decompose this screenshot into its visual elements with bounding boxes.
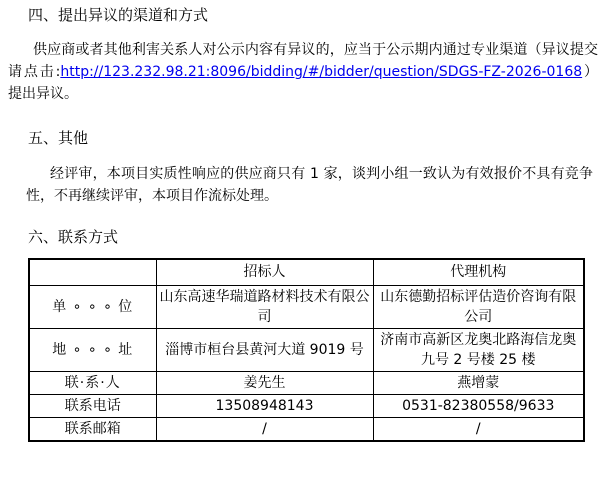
- contact-table: 招标人 代理机构 单 ∘ ∘ ∘ 位 山东高速华瑞道路材料技术有限公司 山东德勤…: [28, 258, 585, 442]
- table-row-contact-phone: 联系电话 13508948143 0531-82380558/9633: [29, 394, 584, 417]
- table-row-contact-person: 联·系·人 姜先生 燕增蒙: [29, 371, 584, 394]
- section6-heading: 六、联系方式: [28, 228, 607, 246]
- header-empty-cell: [29, 259, 156, 285]
- table-header-row: 招标人 代理机构: [29, 259, 584, 285]
- address-agency-value: 济南市高新区龙奥北路海信龙奥九号 2 号楼 25 楼: [373, 328, 584, 371]
- unit-agency-value: 山东德勤招标评估造价咨询有限公司: [373, 285, 584, 328]
- address-bidder-value: 淄博市桓台县黄河大道 9019 号: [156, 328, 373, 371]
- document: 四、提出异议的渠道和方式 供应商或者其他利害关系人对公示内容有异议的，应当于公示…: [0, 0, 607, 489]
- contact-email-label: 联系邮箱: [29, 417, 156, 441]
- header-agency-cell: 代理机构: [373, 259, 584, 285]
- table-row-unit: 单 ∘ ∘ ∘ 位 山东高速华瑞道路材料技术有限公司 山东德勤招标评估造价咨询有…: [29, 285, 584, 328]
- objection-submit-link[interactable]: http://123.232.98.21:8096/bidding/#/bidd…: [60, 64, 582, 80]
- table-row-contact-email: 联系邮箱 / /: [29, 417, 584, 441]
- section4-heading: 四、提出异议的渠道和方式: [28, 0, 607, 24]
- contact-person-agency-value: 燕增蒙: [373, 371, 584, 394]
- contact-phone-bidder-value: 13508948143: [156, 394, 373, 417]
- header-bidder-cell: 招标人: [156, 259, 373, 285]
- contact-email-agency-value: /: [373, 417, 584, 441]
- contact-email-bidder-value: /: [156, 417, 373, 441]
- unit-label: 单 ∘ ∘ ∘ 位: [29, 285, 156, 328]
- contact-phone-agency-value: 0531-82380558/9633: [373, 394, 584, 417]
- section5-heading: 五、其他: [28, 129, 607, 147]
- section4-paragraph: 供应商或者其他利害关系人对公示内容有异议的，应当于公示期内通过专业渠道（异议提交…: [8, 39, 598, 105]
- contact-person-bidder-value: 姜先生: [156, 371, 373, 394]
- address-label: 地 ∘ ∘ ∘ 址: [29, 328, 156, 371]
- unit-bidder-value: 山东高速华瑞道路材料技术有限公司: [156, 285, 373, 328]
- table-row-address: 地 ∘ ∘ ∘ 址 淄博市桓台县黄河大道 9019 号 济南市高新区龙奥北路海信…: [29, 328, 584, 371]
- contact-phone-label: 联系电话: [29, 394, 156, 417]
- section5-paragraph: 经评审，本项目实质性响应的供应商只有 1 家，谈判小组一致认为有效报价不具有竞争…: [26, 163, 593, 207]
- contact-person-label: 联·系·人: [29, 371, 156, 394]
